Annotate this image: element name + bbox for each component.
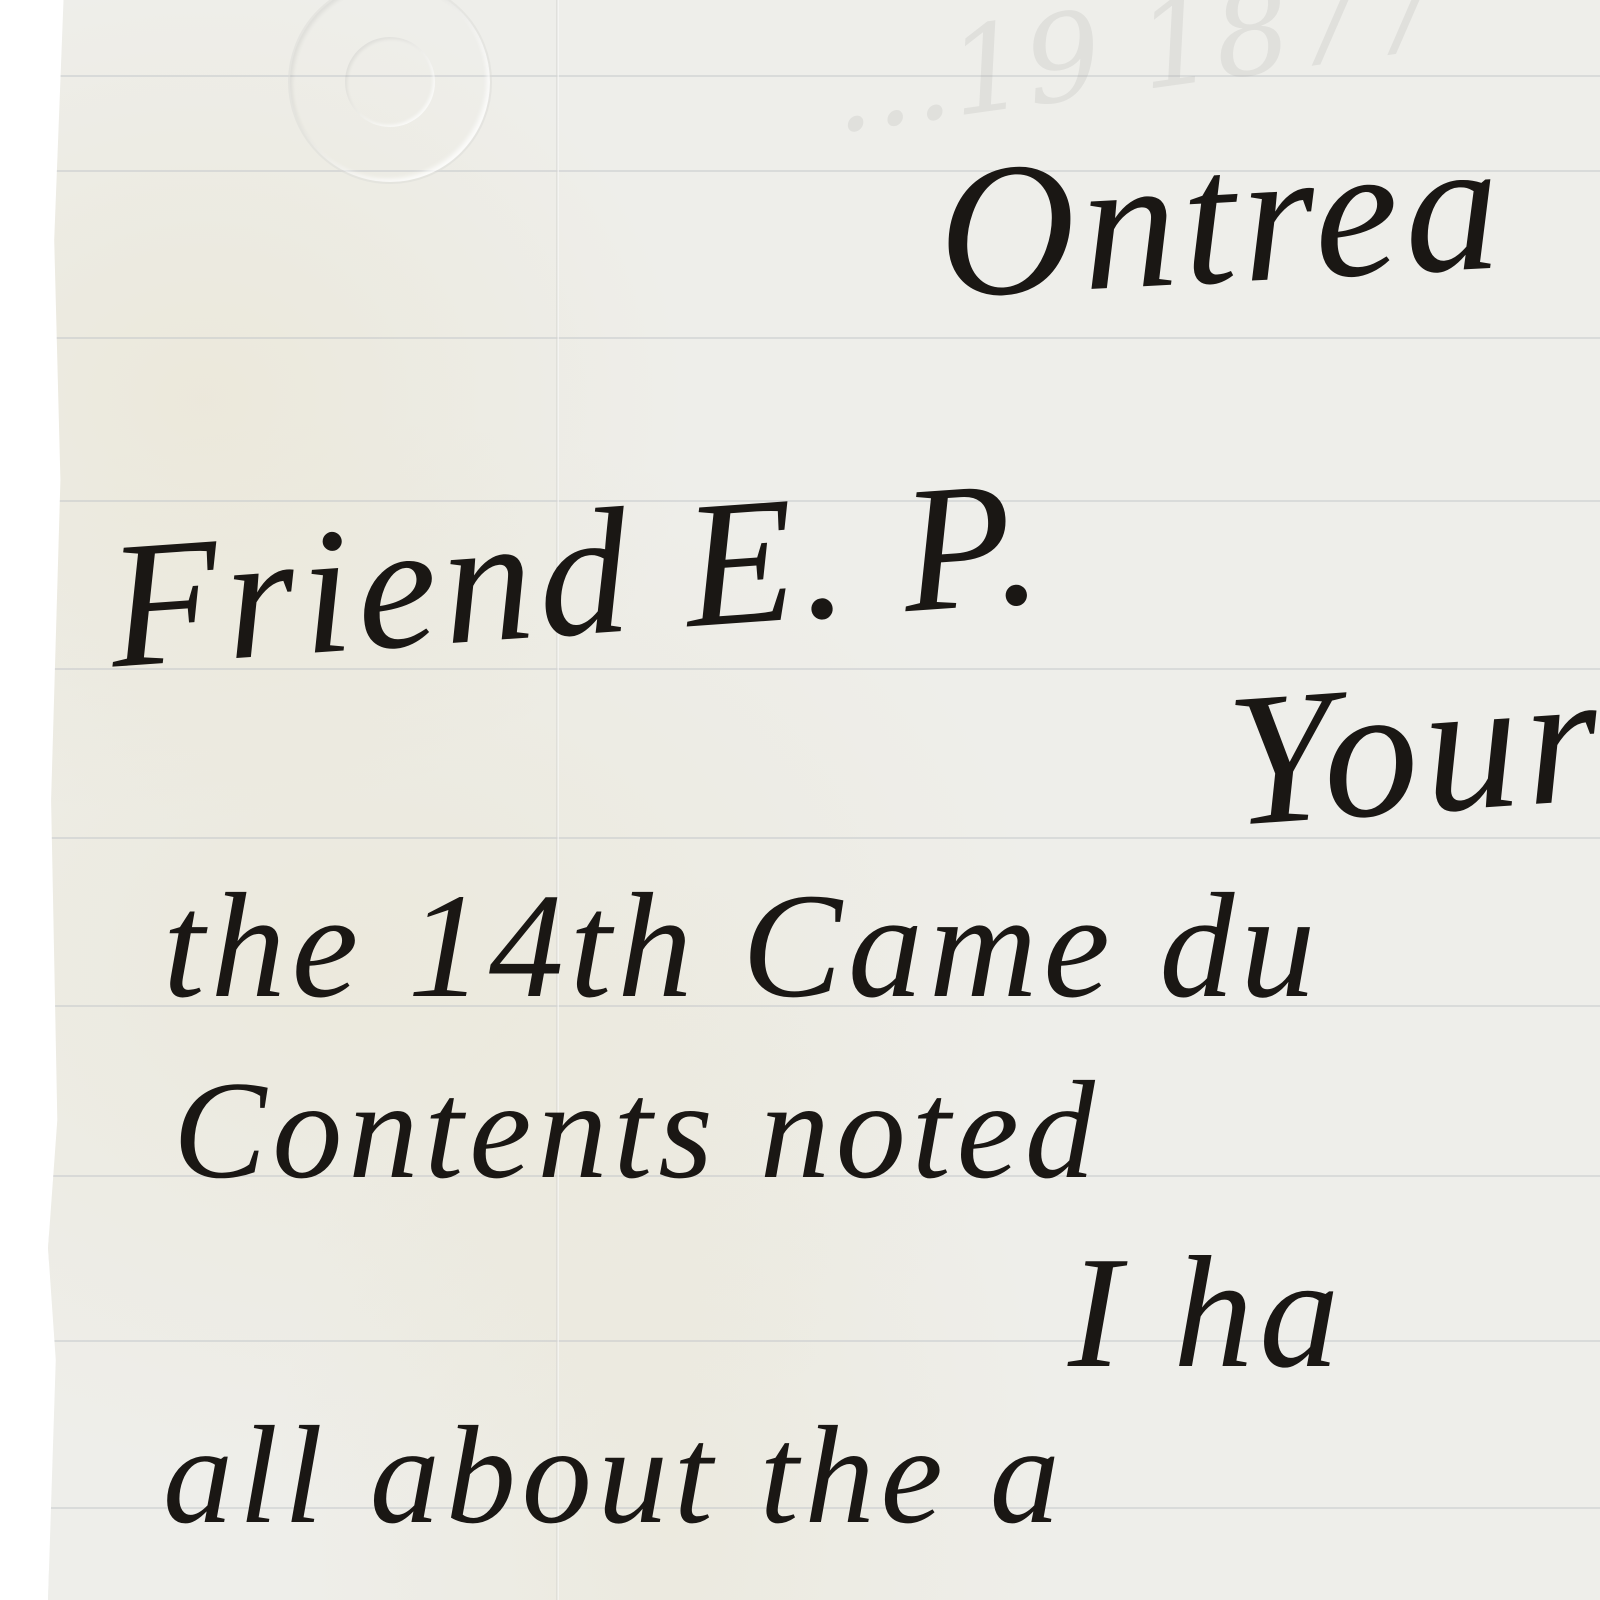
letter-line-2: Contents noted [173, 1050, 1101, 1211]
ruled-line [48, 337, 1600, 339]
letter-line-4: all about the a [163, 1395, 1066, 1556]
embossed-seal [288, 0, 492, 184]
letter-place: Ontrea [933, 95, 1511, 342]
ruled-line [48, 1340, 1600, 1342]
letter-page: …19 1877 Ontrea Friend E. P. Your the 14… [48, 0, 1600, 1600]
paper-fold-crease [556, 0, 559, 1600]
letter-line-1: the 14th Came du [163, 860, 1321, 1032]
letter-line-your: Your [1221, 627, 1600, 871]
letter-line-3: I ha [1068, 1220, 1345, 1405]
